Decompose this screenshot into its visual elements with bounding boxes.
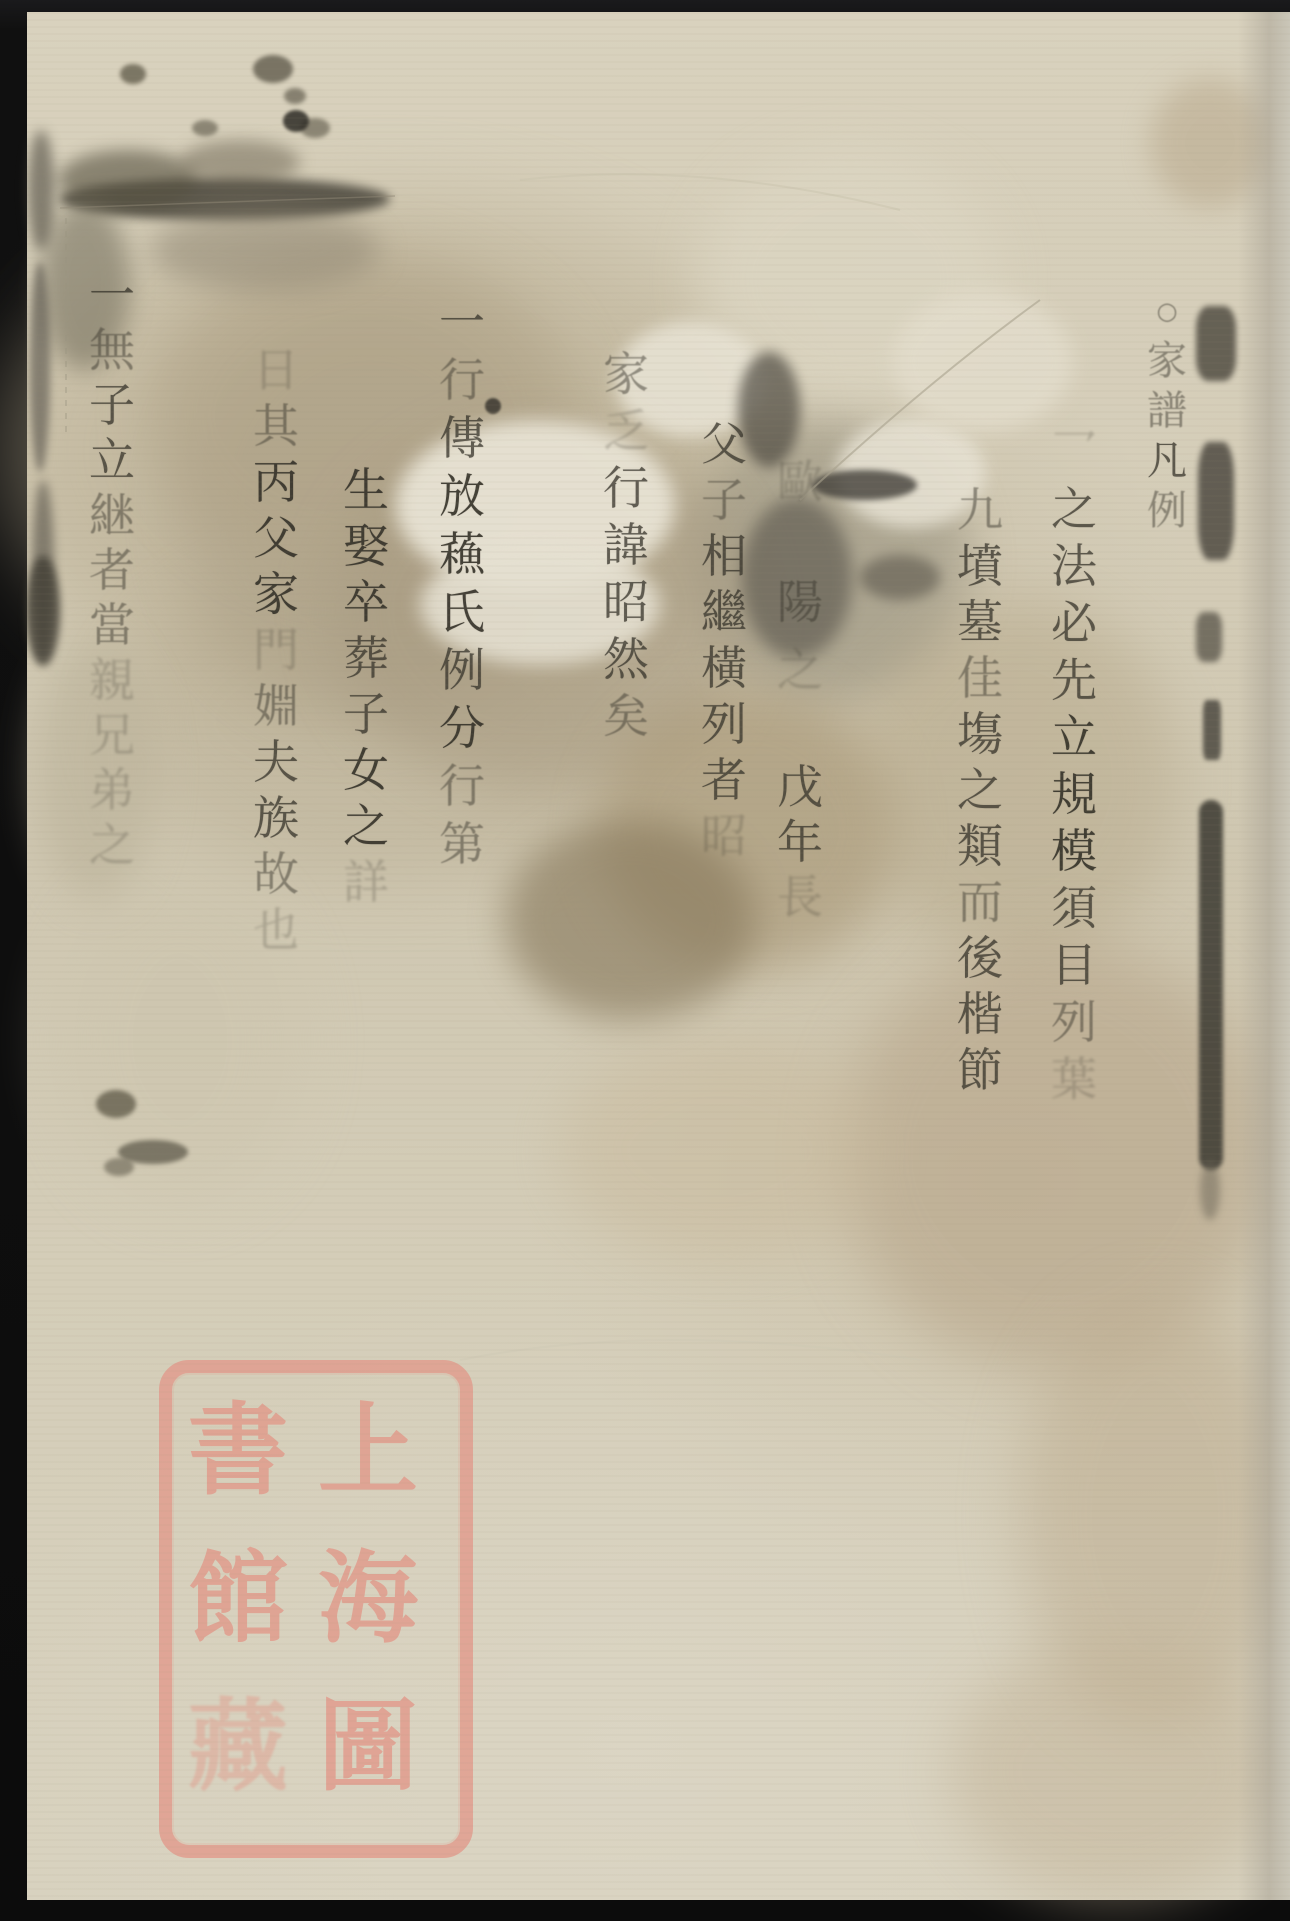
ink-speck: [118, 1140, 188, 1164]
text-column-col-8: 日其丙父家門婣夫族故也: [248, 342, 304, 958]
ink-stain: [180, 140, 300, 185]
ink-speck: [104, 1158, 134, 1176]
glyph: 昭: [701, 808, 747, 864]
glyph: 例: [1147, 486, 1187, 536]
library-seal: 上海圖書館藏: [159, 1360, 473, 1858]
ink-speck: [284, 88, 306, 104]
glyph: 父: [701, 416, 747, 472]
glyph: 昭: [603, 574, 649, 631]
ink-speck: [192, 120, 218, 136]
glyph: 長: [777, 870, 823, 925]
text-column-col-9: 一無子立継者當親兄弟之: [84, 268, 140, 873]
glyph: 乏: [603, 403, 649, 460]
glyph: 也: [253, 902, 299, 958]
glyph: 門: [253, 622, 299, 678]
text-column-col-4: 父子相繼橫列者昭: [696, 416, 752, 864]
glyph: 然: [603, 631, 649, 688]
seal-glyph: 館: [176, 1527, 300, 1669]
glyph: 者: [701, 752, 747, 808]
glyph: 一: [89, 268, 135, 323]
torn-edge-fragment: [32, 480, 54, 660]
glyph: 子: [701, 472, 747, 528]
text-column-col-3: 歐陽之戊年長: [772, 445, 828, 925]
ink-speck: [253, 55, 293, 83]
glyph: 列: [1051, 994, 1097, 1051]
glyph: 而: [957, 874, 1003, 930]
glyph: 親: [89, 653, 135, 708]
seal-glyph: 圖: [306, 1675, 430, 1817]
ink-speck: [120, 64, 146, 84]
stain-wash: [700, 150, 1000, 410]
glyph: 後: [957, 930, 1003, 986]
glyph: 矣: [603, 688, 649, 745]
glyph: 規: [1051, 766, 1097, 823]
glyph: 行: [603, 460, 649, 517]
glyph: 弟: [89, 763, 135, 818]
glyph: 年: [777, 815, 823, 870]
glyph: 法: [1051, 538, 1097, 595]
stain-wash: [560, 1040, 880, 1260]
seal-glyph: 藏: [176, 1675, 300, 1817]
glyph: 行: [439, 351, 485, 409]
glyph: 其: [253, 398, 299, 454]
glyph: 諱: [603, 517, 649, 574]
glyph: 家: [253, 566, 299, 622]
glyph: 一: [439, 293, 485, 351]
glyph: 須: [1051, 880, 1097, 937]
stain-wash: [860, 600, 1180, 960]
text-column-col-6: 一行傳放蘓氏例分行第: [434, 293, 490, 873]
glyph: 立: [89, 433, 135, 488]
glyph: 兄: [89, 708, 135, 763]
glyph: 子: [343, 686, 389, 742]
glyph: 譜: [1147, 386, 1187, 436]
glyph: 目: [1051, 937, 1097, 994]
glyph: 詳: [343, 854, 389, 910]
glyph: 之: [777, 640, 823, 700]
glyph: 乛: [1051, 424, 1097, 481]
glyph: 行: [439, 757, 485, 815]
glyph: 當: [89, 598, 135, 653]
glyph: 夫: [253, 734, 299, 790]
glyph: 婣: [253, 678, 299, 734]
glyph: 立: [1051, 709, 1097, 766]
stain-wash: [1020, 1300, 1290, 1730]
ink-blotch: [860, 555, 940, 600]
glyph: 節: [957, 1042, 1003, 1098]
seal-glyph: 海: [306, 1527, 430, 1669]
glyph: 之: [1051, 481, 1097, 538]
glyph: 陽: [777, 565, 823, 640]
text-column-col-1: 乛之法必先立規模須目列葉: [1046, 424, 1102, 1108]
glyph: 故: [253, 846, 299, 902]
glyph: 必: [1051, 595, 1097, 652]
paper-peel-patch: [893, 292, 1073, 432]
text-column-col-7: 生娶卒葬子女之詳: [338, 462, 394, 910]
torn-edge-fragment: [1196, 612, 1222, 662]
glyph: 氏: [439, 583, 485, 641]
glyph: 傳: [439, 409, 485, 467]
ink-speck: [96, 1090, 136, 1118]
glyph: 丙: [253, 454, 299, 510]
glyph: 卒: [343, 574, 389, 630]
glyph: 之: [957, 762, 1003, 818]
glyph: 分: [439, 699, 485, 757]
torn-edge-fragment: [26, 556, 60, 666]
torn-edge-bar: [1199, 800, 1223, 1170]
ink-stain: [150, 210, 380, 290]
glyph: 無: [89, 323, 135, 378]
glyph: 娶: [343, 518, 389, 574]
glyph: 繼: [701, 584, 747, 640]
glyph: 生: [343, 462, 389, 518]
glyph: 父: [253, 510, 299, 566]
torn-edge-fragment: [28, 130, 54, 250]
torn-edge-fragment: [1196, 306, 1236, 381]
ink-speck: [283, 110, 309, 132]
glyph: 九: [957, 482, 1003, 538]
glyph: 女: [343, 742, 389, 798]
glyph: 墳: [957, 538, 1003, 594]
glyph: 模: [1051, 823, 1097, 880]
torn-edge-fragment: [30, 262, 50, 472]
paper-page: ○家譜凡例乛之法必先立規模須目列葉九墳墓佳塲之類而後楷節歐陽之戊年長父子相繼橫列…: [27, 12, 1290, 1900]
glyph: 例: [439, 641, 485, 699]
glyph: 塲: [957, 706, 1003, 762]
glyph: 先: [1051, 652, 1097, 709]
ink-speck: [300, 118, 330, 138]
glyph: 葬: [343, 630, 389, 686]
seal-glyph: 上: [306, 1379, 430, 1521]
glyph: 相: [701, 528, 747, 584]
glyph: 継: [89, 488, 135, 543]
page-edge-shadow: [1238, 12, 1290, 1900]
glyph: 子: [89, 378, 135, 433]
glyph: 之: [343, 798, 389, 854]
glyph: 葉: [1051, 1051, 1097, 1108]
ink-stain: [58, 150, 198, 210]
stain-wash: [950, 1640, 1280, 1900]
glyph: 第: [439, 815, 485, 873]
glyph: 戊: [777, 760, 823, 815]
torn-edge-bar: [1203, 700, 1221, 760]
text-column-col-2: 九墳墓佳塲之類而後楷節: [952, 482, 1008, 1098]
glyph: 佳: [957, 650, 1003, 706]
glyph: 放: [439, 467, 485, 525]
text-column-col-5: 家乏行諱昭然矣: [598, 346, 654, 745]
scanned-page-photo: ○家譜凡例乛之法必先立規模須目列葉九墳墓佳塲之類而後楷節歐陽之戊年長父子相繼橫列…: [0, 0, 1290, 1921]
glyph: 列: [701, 696, 747, 752]
glyph: 日: [253, 342, 299, 398]
glyph: 之: [89, 818, 135, 873]
glyph: 者: [89, 543, 135, 598]
text-column-title: ○家譜凡例: [1142, 286, 1192, 536]
stain-wash: [1150, 78, 1270, 208]
ink-stain: [60, 178, 390, 220]
glyph: 墓: [957, 594, 1003, 650]
glyph: 橫: [701, 640, 747, 696]
torn-edge-bar: [1200, 1160, 1220, 1220]
glyph: 族: [253, 790, 299, 846]
glyph: 蘓: [439, 525, 485, 583]
seal-glyph: 書: [176, 1379, 300, 1521]
torn-edge-fragment: [1198, 442, 1234, 560]
glyph: 家: [1147, 336, 1187, 386]
glyph: 凡: [1147, 436, 1187, 486]
glyph: 楷: [957, 986, 1003, 1042]
glyph: ○: [1157, 286, 1178, 336]
glyph: 家: [603, 346, 649, 403]
glyph: 類: [957, 818, 1003, 874]
glyph: 歐: [777, 445, 823, 520]
